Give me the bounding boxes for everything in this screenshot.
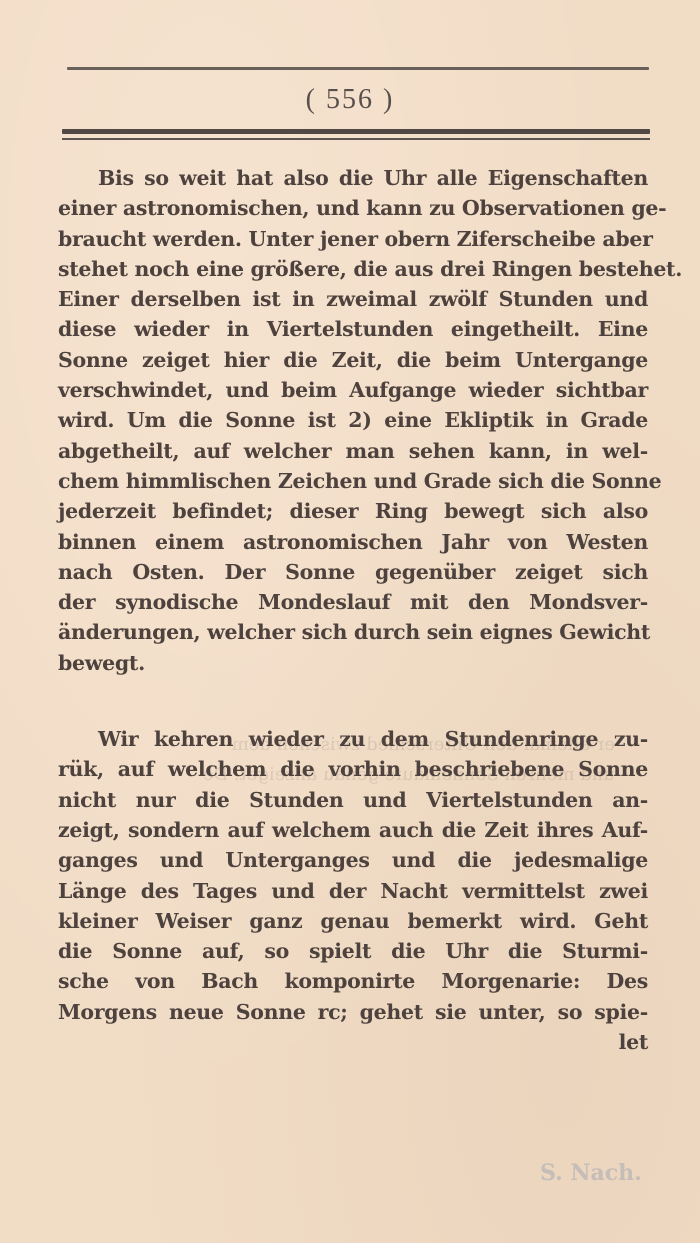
text-line: Länge des Tages und der Nacht vermittels… [58,876,648,906]
text-line: bewegt. [58,648,648,678]
text-line: Wir kehren wieder zu dem Stundenringe zu… [58,724,648,754]
text-line: diese wieder in Viertelstunden eingethei… [58,314,648,344]
header-double-rule-thick [62,129,650,134]
text-line: nicht nur die Stunden und Viertelstunden… [58,785,648,815]
text-line: Einer derselben ist in zweimal zwölf Stu… [58,284,648,314]
text-line: jederzeit befindet; dieser Ring bewegt s… [58,496,648,526]
text-line: rük, auf welchem die vorhin beschriebene… [58,754,648,784]
text-line: chem himmlischen Zeichen und Grade sich … [58,466,648,496]
text-line: ganges und Unterganges und die jedesmali… [58,845,648,875]
book-page: ( 556 ) er allemal den Unterschied zwisc… [0,0,700,1243]
paragraph-1: Bis so weit hat also die Uhr alle Eigens… [58,163,648,678]
text-line: wird. Um die Sonne ist 2) eine Ekliptik … [58,405,648,435]
text-line: zeigt, sondern auf welchem auch die Zeit… [58,815,648,845]
top-rule [67,67,649,70]
text-line: änderungen, welcher sich durch sein eign… [58,617,648,647]
text-line: Bis so weit hat also die Uhr alle Eigens… [58,163,648,193]
paragraph-2: Wir kehren wieder zu dem Stundenringe zu… [58,724,648,1027]
text-line: der synodische Mondeslauf mit den Mondsv… [58,587,648,617]
catchword: let [58,1027,648,1057]
paragraph-gap [58,678,648,724]
text-line: einer astronomischen, und kann zu Observ… [58,193,648,223]
text-line: Sonne zeiget hier die Zeit, die beim Unt… [58,345,648,375]
body-text: Bis so weit hat also die Uhr alle Eigens… [58,163,648,1057]
text-line: die Sonne auf, so spielt die Uhr die Stu… [58,936,648,966]
faded-stamp: S. Nach. [540,1160,642,1186]
page-header: ( 556 ) [0,84,700,116]
text-line: kleiner Weiser ganz genau bemerkt wird. … [58,906,648,936]
text-line: sche von Bach komponirte Morgenarie: Des [58,966,648,996]
header-double-rule-thin [62,138,650,140]
text-line: binnen einem astronomischen Jahr von Wes… [58,527,648,557]
text-line: Morgens neue Sonne rc; gehet sie unter, … [58,997,648,1027]
text-line: abgetheilt, auf welcher man sehen kann, … [58,436,648,466]
text-line: braucht werden. Unter jener obern Zifers… [58,224,648,254]
text-line: verschwindet, und beim Aufgange wieder s… [58,375,648,405]
text-line: stehet noch eine größere, die aus drei R… [58,254,648,284]
text-line: nach Osten. Der Sonne gegenüber zeiget s… [58,557,648,587]
